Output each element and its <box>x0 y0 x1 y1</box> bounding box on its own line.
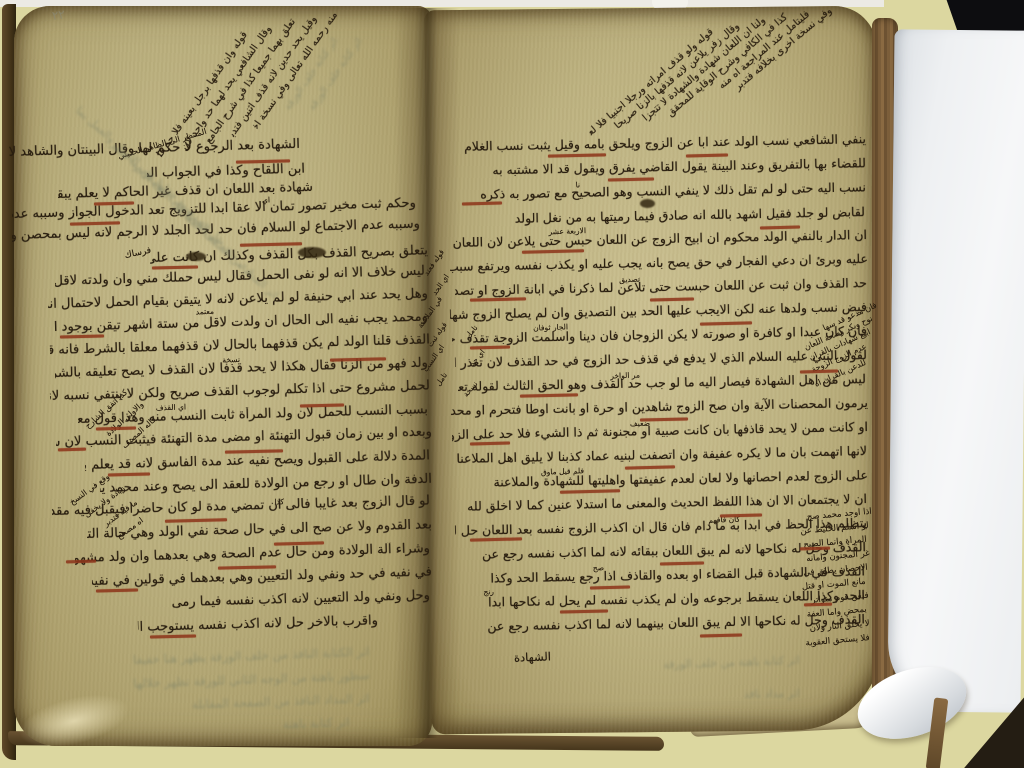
manuscript-line: عليه وبرئ ان دعي الفجار في حق يصح بانه ي… <box>450 251 868 275</box>
manuscript-line: واقرب بالاخر حل لانه اكذب نفسه يستوجب ال… <box>138 613 378 636</box>
ink-blot <box>186 252 206 261</box>
red-ink-underline <box>608 177 654 181</box>
ink-blot <box>640 199 655 208</box>
red-ink-underline <box>804 603 832 606</box>
ghost-text: اثر الكتابة النافذ من خلف الورقة يظهر هن… <box>70 645 370 670</box>
ghost-text: سطور باهتة من الوجه الثاني للورقة تظهر خ… <box>90 668 370 693</box>
margin-note: نا <box>560 180 580 190</box>
manuscript-line: على الزوج لعدم احصانها ولا لعان لعدم عفي… <box>470 467 868 490</box>
red-ink-underline <box>522 249 584 253</box>
margin-note: فلم قيل ماوق <box>532 466 584 477</box>
margin-note: معتمد <box>180 307 214 318</box>
manuscript-line: القذف قلنا الولد لم يكن قذفهما بالحال لا… <box>50 332 430 359</box>
red-ink-underline <box>700 633 742 637</box>
margin-note: الاربعة عشر <box>530 226 586 237</box>
red-ink-underline <box>152 265 198 269</box>
margin-note: فلا يستحق العقوبة <box>790 633 871 651</box>
ink-layer: الشهادة بعد الرجوع لا حكم لها وقال البين… <box>0 0 1024 768</box>
red-ink-underline <box>240 242 302 246</box>
manuscript-line: وحل ونفي ولد التعيين لانه اكذب نفسه فيما… <box>110 588 430 613</box>
manuscript-line: ان لا يجتمعان الا ان هذا اللفظ الحديث وا… <box>452 491 867 515</box>
red-ink-underline <box>686 153 728 157</box>
margin-note: تصديق <box>600 275 640 286</box>
manuscript-line: نسب اليه حتى لو لم تقل ذلك لا ينفي النسب… <box>468 179 866 202</box>
manuscript-line: الدفة وان طال او رجع من الولادة للعقد ال… <box>100 472 432 498</box>
margin-note: نسخة <box>210 355 240 365</box>
red-ink-underline <box>470 346 510 349</box>
red-ink-underline <box>150 634 196 638</box>
manuscript-line: لقابض لو جلد فقيل اشهد بالله انه صادق في… <box>505 204 865 227</box>
red-ink-underline <box>560 489 620 493</box>
red-ink-underline <box>470 537 522 541</box>
red-ink-underline <box>96 427 136 430</box>
manuscript-line: للقضاء بها بالتفريق وعند البينة يقول الق… <box>462 155 866 178</box>
manuscript-line: وشراء آلة الولادة ومن حال عدم الصحة وهي … <box>75 541 430 567</box>
red-ink-underline <box>660 561 704 565</box>
ghost-text: اثر مداد نافذ <box>620 687 800 704</box>
margin-note: كذا <box>260 497 284 507</box>
manuscript-line: ابن اللقاح وكذا في الجواب المذكور فافهم <box>147 162 305 183</box>
manuscript-line: فيض نسب ولدها عنه لكن الايجب عليها الحد … <box>450 299 867 323</box>
red-ink-underline <box>520 393 578 397</box>
pencil-folio-number: ٢٢ <box>51 7 66 23</box>
red-ink-underline <box>590 586 630 589</box>
red-ink-underline <box>548 153 606 157</box>
margin-note: رنج <box>470 587 494 597</box>
margin-note: اي القذف <box>140 402 186 413</box>
margin-note: الجار ثوفان <box>520 322 568 333</box>
catchword: الشهادة <box>514 649 551 664</box>
manuscript-line: ينفي الشافعي نسب الولد عند ابا عن الزوج … <box>458 131 866 154</box>
manuscript-line: في نفيه في حد ونفي ولد التعيين وهي بعدهم… <box>92 565 432 591</box>
red-ink-underline <box>165 518 227 522</box>
red-ink-underline <box>60 334 104 338</box>
margin-note: فرساك <box>115 246 153 264</box>
ghost-text: اثر كتابة باهتة من خلف الورقة <box>560 654 800 676</box>
red-ink-underline <box>96 588 138 592</box>
manuscript-line: ان الدار بالنفي الولد محكوم ان ابيح الزو… <box>452 227 867 251</box>
red-ink-underline <box>462 202 502 205</box>
manuscript-line: ومحمد يجب نفيه الى الحال ان ولدت لاقل من… <box>55 310 428 337</box>
margin-note: اي <box>250 195 270 205</box>
ink-blot <box>298 247 326 258</box>
manuscript-line: حد القذف وان ثبت عن اللعان حبست حتى تلاع… <box>455 275 867 299</box>
manuscript-line: وهل يحد عند ابي حنيفة لو لم يلاعن لانه ل… <box>48 286 428 313</box>
red-ink-underline <box>108 472 150 476</box>
manuscript-line: لانها اتهمت بان ما لا يكره عفيفة وان اتص… <box>455 443 867 467</box>
margin-note: مر الواخر <box>596 370 640 381</box>
margin-note: صح <box>580 563 604 573</box>
ghost-text: اثر المداد النافذ من الصفحة المقابلة <box>120 691 370 715</box>
red-ink-underline <box>650 297 694 301</box>
ghost-text: اثر كتابة باهتة <box>150 715 350 737</box>
red-ink-underline <box>640 417 688 421</box>
red-ink-underline <box>470 297 526 301</box>
red-ink-underline <box>560 609 608 613</box>
manuscript-line: يرمون المحصنات الآية وان صح الزوج شاهدين… <box>450 395 868 419</box>
manuscript-line: او كانت ممن لا يحد قاذفها بان كانت صبية … <box>452 419 868 443</box>
red-ink-underline <box>470 442 510 445</box>
manuscript-photo: الشهادة بعد الرجوع لا حكم لها وقال البين… <box>0 0 1024 768</box>
red-ink-underline <box>625 465 675 469</box>
loose-white-paper-sheet <box>887 29 1024 712</box>
